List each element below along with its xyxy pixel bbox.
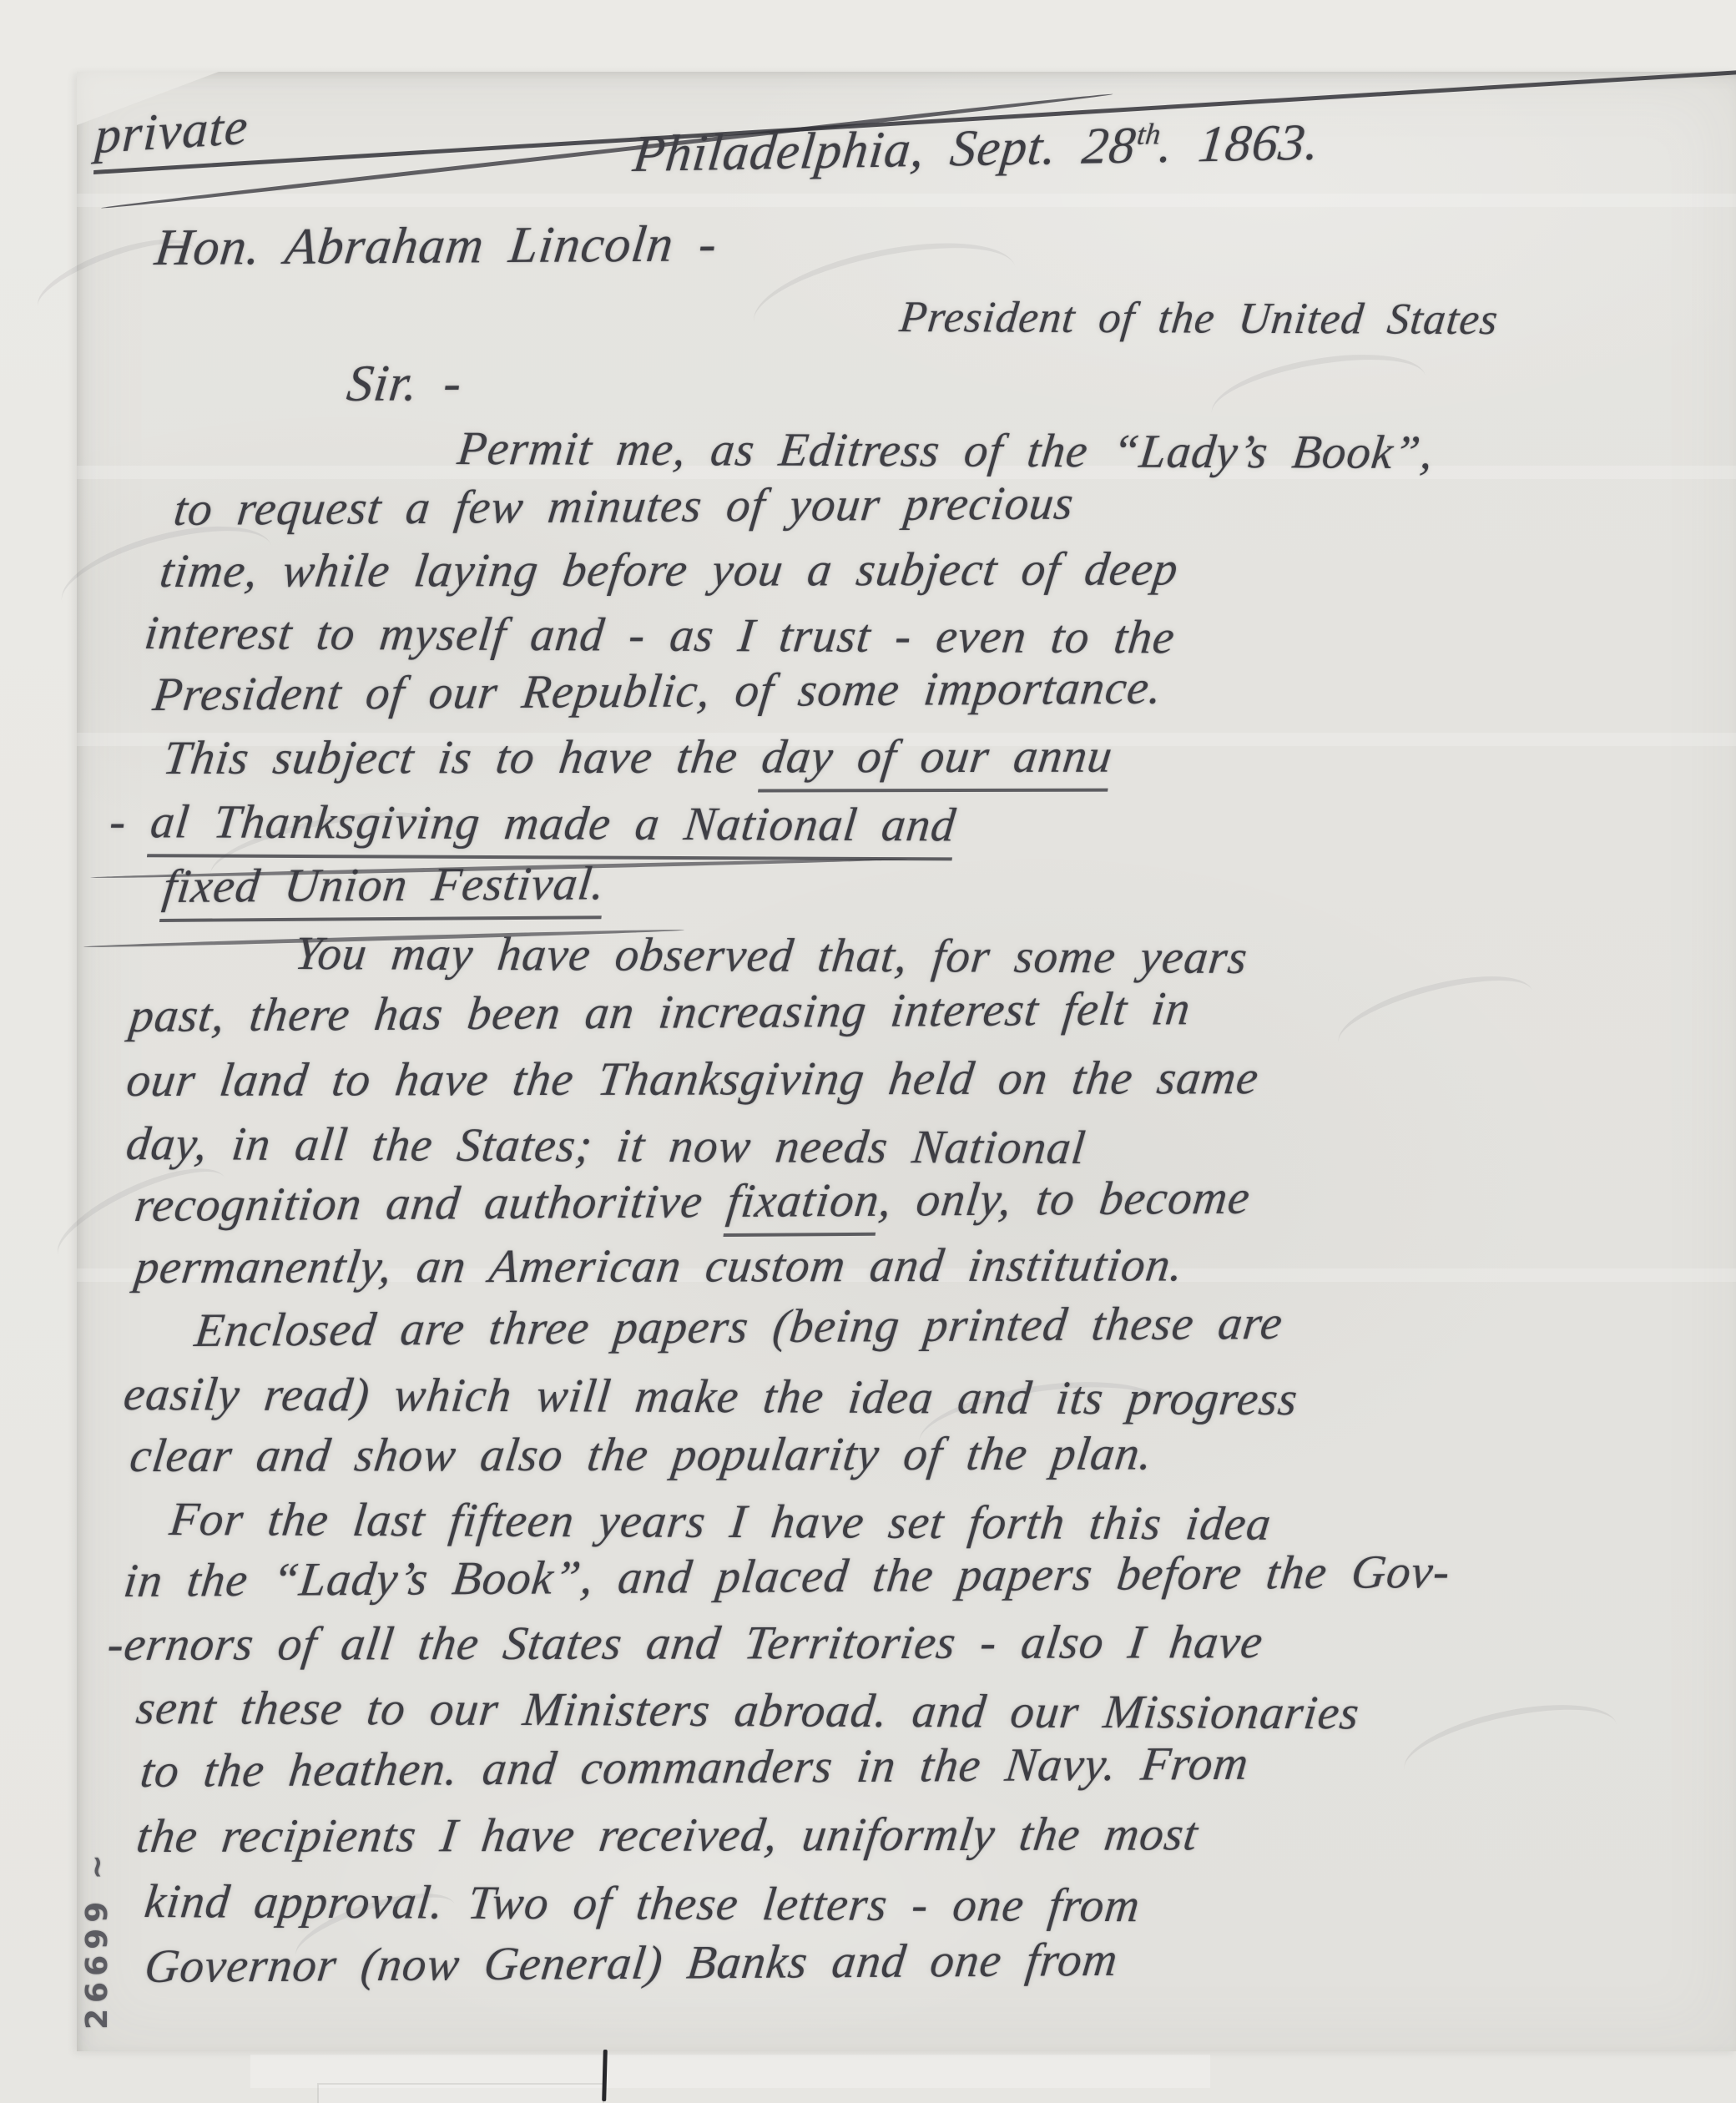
underlined-phrase: day of our annu <box>758 730 1116 793</box>
letter-line: clear and show also the popularity of th… <box>127 1426 1156 1483</box>
letter-line: interest to myself and - as I trust - ev… <box>142 606 1178 665</box>
letter-line: kind approval. Two of these letters - on… <box>142 1874 1143 1934</box>
dateline-year: . 1863. <box>1157 114 1323 174</box>
letter-line-text: recognition and authoritive <box>132 1175 730 1232</box>
letter-line: the recipients I have received, uniforml… <box>134 1807 1202 1863</box>
letter-line: past, there has been an increasing inter… <box>127 981 1193 1043</box>
letter-line: recognition and authoritive fixation, on… <box>132 1171 1254 1233</box>
letter-line-text: - <box>107 795 154 848</box>
scan-background: private Philadelphia, Sept. 28th. 1863. … <box>0 0 1736 2103</box>
letter-line: to the heathen. and commanders in the Na… <box>138 1737 1252 1799</box>
archival-number-stamp: 26699 ~ <box>80 1848 114 2030</box>
letter-line: President of our Republic, of some impor… <box>150 661 1165 723</box>
letter-line: You may have observed that, for some yea… <box>292 926 1250 986</box>
letter-line: easily read) which will make the idea an… <box>121 1367 1300 1427</box>
letter-line: time, while laying before you a subject … <box>157 542 1182 598</box>
letter-line: Governor (now General) Banks and one fro… <box>142 1933 1121 1995</box>
letter-line: -ernors of all the States and Territorie… <box>104 1615 1266 1672</box>
dateline-ordinal: th <box>1135 117 1162 150</box>
letter-line: in the “Lady’s Book”, and placed the pap… <box>121 1545 1453 1609</box>
recipient-line: Hon. Abraham Lincoln - <box>152 214 720 278</box>
letter-line: permanently, an American custom and inst… <box>132 1238 1187 1294</box>
letter-line: sent these to our Ministers abroad. and … <box>134 1681 1362 1741</box>
letter-line-text: , only, to become <box>876 1172 1253 1227</box>
letter-line: - al Thanksgiving made a National and <box>107 794 959 853</box>
underlying-sheet-corner <box>317 2083 604 2103</box>
letter-line: day, in all the States; it now needs Nat… <box>124 1117 1088 1176</box>
dateline-place-date: Philadelphia, Sept. 28 <box>630 118 1138 183</box>
letter-line: to request a few minutes of your preciou… <box>171 476 1077 537</box>
salutation: Sir. - <box>344 354 466 414</box>
dateline: Philadelphia, Sept. 28th. 1863. <box>630 113 1323 185</box>
letter-line: For the last fifteen years I have set fo… <box>167 1492 1274 1551</box>
ink-stroke-mark <box>602 2050 608 2101</box>
letter-line: Enclosed are three papers (being printed… <box>192 1296 1286 1359</box>
letter-line: our land to have the Thanksgiving held o… <box>124 1051 1262 1107</box>
underlined-phrase: fixation <box>724 1174 883 1237</box>
underlined-phrase: al Thanksgiving made a National and <box>147 795 958 860</box>
scanner-band <box>77 194 1736 207</box>
letter-line: This subject is to have the day of our a… <box>160 729 1116 786</box>
letter-line-text: This subject is to have the <box>160 730 765 784</box>
recipient-title-line: President of the United States <box>897 292 1501 345</box>
letter-line: Permit me, as Editress of the “Lady’s Bo… <box>455 421 1436 481</box>
